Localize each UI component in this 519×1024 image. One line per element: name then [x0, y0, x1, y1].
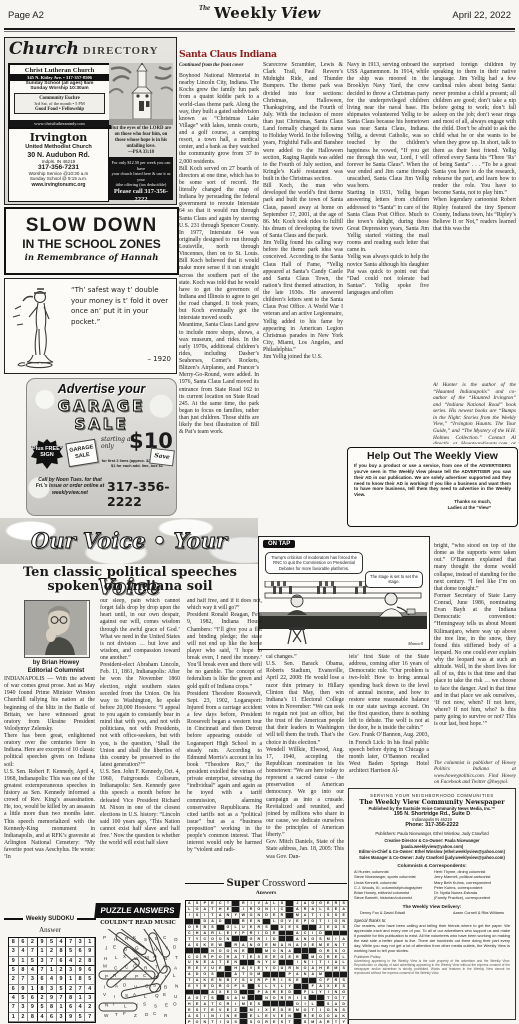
svg-text:E: E	[165, 1003, 168, 1008]
church-url: www.irvingtonumc.org	[9, 182, 108, 188]
svg-text:N: N	[175, 984, 178, 989]
santa-column-4: surprised foreign children by speaking t…	[433, 62, 516, 380]
svg-text:T: T	[155, 965, 158, 970]
paper-phone: Phone: 317-356-2222	[354, 822, 510, 828]
psa-line2: IN THE SCHOOL ZONES	[6, 237, 177, 251]
svg-text:K: K	[133, 935, 137, 940]
svg-text:S: S	[144, 937, 147, 942]
svg-text:O: O	[133, 964, 137, 969]
svg-text:L: L	[115, 955, 118, 960]
slow-down-psa: SLOW DOWN IN THE SCHOOL ZONES in Remembr…	[4, 207, 179, 275]
svg-text:S: S	[154, 1004, 157, 1009]
church-subname: United Methodist Church	[9, 144, 108, 150]
verse-reference: —PSA 33:18	[128, 150, 154, 155]
masthead-the: The	[199, 4, 210, 12]
svg-text:I: I	[165, 974, 166, 979]
bar-scene-illustration	[259, 581, 427, 647]
svg-text:Y: Y	[124, 975, 127, 980]
svg-text:S: S	[143, 1002, 146, 1007]
svg-text:O: O	[174, 937, 178, 942]
svg-text:S: S	[125, 993, 128, 998]
svg-text:X: X	[123, 954, 126, 959]
church-directory-ad: Church DIRECTORY Christ Lutheran Church …	[4, 37, 177, 205]
svg-text:D: D	[145, 1012, 149, 1017]
crossword-title-bold: Super	[227, 878, 260, 889]
offer-phone: Please call 317-356-2222	[114, 188, 168, 203]
svg-text:E: E	[163, 992, 166, 997]
santa-column-3: Navy in 1913, serving onboard the USS Ag…	[347, 62, 429, 443]
svg-text:J: J	[105, 946, 107, 951]
speeches-column-5: iels’ first State of the State address, …	[349, 654, 429, 786]
church-name: Irvington	[9, 131, 108, 144]
delivery-heading: The Weekly View Delivery:	[354, 904, 510, 909]
church-address: 345 N. Kitley Ave. • 317-357-8506	[10, 74, 109, 81]
svg-text:D: D	[123, 983, 127, 988]
svg-text:Q: Q	[155, 993, 159, 998]
crossword-title-rest: Crossword	[262, 878, 305, 889]
svg-text:Y: Y	[165, 946, 168, 951]
svg-text:S: S	[153, 983, 156, 988]
irvington-umc-listing: Irvington United Methodist Church 30 N. …	[8, 128, 109, 202]
garage-word: GARAGE	[27, 397, 176, 415]
svg-text:D: D	[173, 945, 177, 950]
columnist-photo	[24, 600, 90, 658]
svg-text:A: A	[153, 954, 157, 959]
santa-article-headline: Santa Claus Indiana	[179, 49, 259, 60]
offer-line: For only $12.50 per week you can have	[112, 160, 171, 171]
svg-text:H: H	[114, 937, 117, 942]
svg-text:L: L	[143, 945, 146, 950]
euchre-box: Community Euchre 3rd Sat. of the month •…	[14, 93, 105, 114]
psa-line1: SLOW DOWN	[6, 215, 177, 237]
euchre-line: Good Food • Fellowship	[35, 107, 84, 112]
svg-text:C: C	[125, 965, 129, 970]
svg-text:R: R	[164, 1013, 168, 1018]
svg-text:C: C	[153, 1011, 157, 1016]
our-voice-banner: Our Voice • Your Voice	[0, 518, 258, 564]
svg-text:B: B	[164, 985, 167, 990]
svg-text:M: M	[145, 955, 149, 960]
delivery-team-2: Aaron Cornell & Rita Williams	[453, 910, 504, 915]
svg-text:T: T	[115, 1012, 118, 1017]
directory-caps-word: DIRECTORY	[83, 45, 159, 57]
svg-text:B: B	[124, 947, 127, 952]
santa-column-1: Boyhood National Memorial in nearby Linc…	[179, 73, 259, 513]
issue-date: April 22, 2022	[452, 10, 511, 21]
sudoku-title: Weekly SUDOKU	[26, 916, 74, 922]
church-url: www.christlutheranindy.com	[10, 120, 109, 127]
stick-figure-illustration	[9, 283, 67, 369]
offer-line: tithe offering (tax deductible)	[116, 182, 167, 187]
columnist-tagline: The columnist is publisher of Howey Poli…	[434, 760, 516, 788]
church-address: 30 N. Audubon Rd.	[9, 152, 108, 159]
help-out-box: Help Out The Weekly View If you buy a pr…	[347, 447, 518, 527]
speeches-column-4: cal changes.” U.S. Sen. Barack Obama, Ro…	[266, 654, 344, 892]
mini-garage-sale-sign: GARAGE SALE	[65, 439, 98, 467]
author-bio: Al Hunter is the author of the “Haunted …	[433, 382, 516, 444]
svg-text:V: V	[134, 985, 138, 990]
church-ad-offer: For only $12.50 per week you can have yo…	[109, 157, 173, 200]
crossword-answer-grid: ASPECTRIVALSJAGGERSLOATHEIRONICARALSEAIS…	[185, 900, 349, 1024]
church-directory-header: Church DIRECTORY	[9, 39, 172, 61]
publishers-line: Publishers: Paula Nicewanger, Ethel Wins…	[354, 831, 510, 836]
newspaper-page: Page A2 The Weekly View April 22, 2022 C…	[0, 0, 519, 1024]
svg-text:G: G	[135, 946, 139, 951]
svg-text:B: B	[164, 956, 167, 961]
speeches-column-3: and half free, and if it does not, which…	[187, 598, 262, 874]
sudoku-answer-label: Answer	[4, 926, 96, 934]
speech-bubble-1: Trump’s criticism of moderators has forc…	[265, 552, 363, 574]
svg-text:L: L	[144, 994, 147, 999]
on-tap-cartoon: ON TAP Trump’s criticism of moderators h…	[258, 536, 430, 650]
santa-column-2: Scarecrow Scrambler, Lewis & Clark Trail…	[263, 62, 343, 514]
crossword-answers-label: Answers	[185, 890, 347, 896]
svg-text:G: G	[145, 984, 149, 989]
thanks-paragraph: Our readers, who have been calling and t…	[354, 923, 510, 953]
speeches-byline: by Brian Howey Editorial Columnist	[14, 659, 98, 675]
christ-lutheran-listing: Christ Lutheran Church 345 N. Kitley Ave…	[8, 63, 111, 129]
svg-text:R: R	[144, 966, 148, 971]
masthead-weekly: Weekly	[214, 4, 277, 22]
euchre-line: 3rd Sat. of the month • 5 PM	[34, 101, 85, 106]
svg-text:O: O	[154, 975, 158, 980]
svg-text:P: P	[105, 974, 108, 979]
svg-text:T: T	[175, 955, 178, 960]
svg-text:Z: Z	[134, 1013, 137, 1018]
on-tap-label: ON TAP	[263, 540, 295, 548]
svg-text:L: L	[124, 1004, 127, 1009]
advertise-your-arc: Advertise your	[27, 382, 176, 396]
free-sign-badge: Plus FREE* SIGN	[31, 439, 63, 469]
svg-text:U: U	[174, 994, 177, 999]
church-phone: 317-356-7231	[9, 164, 108, 171]
scripture-verse: But the eyes of the LORD are on those wh…	[109, 126, 173, 156]
svg-text:C: C	[163, 935, 167, 940]
crossword-heading: Super Crossword	[185, 878, 347, 889]
psa-line3: in Remembrance of Hannah	[6, 253, 177, 263]
svg-text:Y: Y	[135, 1003, 138, 1008]
delivery-team-1: Denny Fox & David Edsall	[360, 910, 405, 915]
church-schedule-line: Sunday Worship 10:30am	[10, 86, 109, 91]
svg-text:P: P	[135, 974, 138, 979]
svg-text:E: E	[113, 945, 116, 950]
church-schedule-line: Sunday School @ 9:15 a.m.	[9, 176, 108, 181]
wordsearch-answer-graphic: PHRKSECOJEBGLUYDHLXWMABTMCCORTAAPRYPCOIL…	[97, 929, 181, 1021]
svg-text:N: N	[105, 1003, 108, 1008]
svg-text:P: P	[103, 935, 106, 940]
svg-text:H: H	[104, 956, 107, 961]
masthead: The Weekly View	[0, 4, 519, 23]
svg-text:C: C	[114, 966, 118, 971]
speeches-column-6: bright, “who stood on top of the dome as…	[434, 543, 516, 757]
policy-paragraph: Advertising appearing in the Weekly View…	[354, 959, 510, 975]
svg-text:I: I	[113, 1002, 114, 1007]
sudoku-answer-grid: 8629547313471285699153764285847123962736…	[8, 937, 96, 1023]
svg-text:V: V	[103, 992, 107, 997]
continued-kicker: Continued from the front cover	[179, 63, 259, 68]
speeches-column-2: our sleep, pain which cannot forget fall…	[100, 598, 180, 902]
columnists-right-list: Herb Thyme, dining columnist Jerry Manne…	[434, 869, 510, 901]
community-newspaper-box: SERVING YOUR NEIGHBORHOOD COMMUNITIES Th…	[348, 788, 516, 1020]
svg-text:U: U	[154, 947, 157, 952]
svg-text:A: A	[115, 984, 119, 989]
verse-text: But the eyes of the LORD are on those wh…	[111, 126, 171, 149]
offer-line: your church listed here & use it as your	[112, 171, 171, 182]
wordsearch-title: COULDN’T READ MUSIC	[93, 920, 183, 926]
columnists-heading: Columnists & Correspondents:	[354, 863, 510, 868]
speeches-column-1: INDIANAPOLIS — With the advent of war co…	[4, 676, 95, 912]
svg-text:E: E	[155, 936, 158, 941]
svg-text:W: W	[104, 1013, 109, 1018]
masthead-view: View	[281, 4, 321, 22]
header-rule	[4, 28, 515, 30]
cartoonist-signature: Mannell	[408, 641, 423, 646]
help-box-body: If you buy a product or use a service, f…	[354, 463, 511, 498]
vintage-cartoon-quote: “Th’ safest way t’ double your money is …	[4, 278, 177, 374]
garage-sale-ad: Advertise your GARAGE SALE Plus FREE* SI…	[26, 378, 177, 516]
speeches-headline: Ten classic political speeches spoken on…	[2, 566, 258, 595]
speech-bubble-2: The stage is set to set the stage.	[365, 571, 423, 588]
church-name: Christ Lutheran Church	[10, 65, 109, 74]
help-box-title: Help Out The Weekly View	[348, 450, 517, 462]
svg-text:F: F	[123, 1011, 126, 1016]
svg-text:I: I	[114, 994, 115, 999]
owners-lines: Creative Director & Co-Owner: Paula Nice…	[354, 838, 510, 860]
svg-text:L: L	[173, 973, 176, 978]
columnists-left-list: Al Hunter, columnist Steve Nicewanger, s…	[354, 869, 430, 901]
svg-text:I: I	[104, 985, 105, 990]
garage-ad-phone: 317-356-2222	[107, 479, 175, 509]
church-photo-illustration	[109, 63, 173, 125]
puzzle-answers-banner: PUZZLE ANSWERS	[94, 903, 181, 918]
call-instructions: Call by Noon Tues. for that Fri.’s issue…	[35, 477, 105, 496]
header-rule-thin	[4, 31, 515, 32]
sudoku-heading: Weekly SUDOKU	[4, 916, 96, 922]
svg-text:A: A	[174, 966, 178, 971]
help-box-signoff: Thanks so much, Ladies at the “View”	[348, 499, 491, 511]
quote-attribution: – 1920	[71, 355, 171, 363]
paper-name: The Weekly View Community Newspaper	[354, 798, 510, 806]
quote-text: “Th’ safest way t’ double your money is …	[71, 285, 171, 327]
svg-text:M: M	[103, 964, 107, 969]
church-script-word: Church	[9, 39, 79, 59]
svg-text:O: O	[173, 1002, 177, 1007]
save-tag: Save	[149, 448, 175, 467]
svg-text:W: W	[134, 956, 139, 961]
